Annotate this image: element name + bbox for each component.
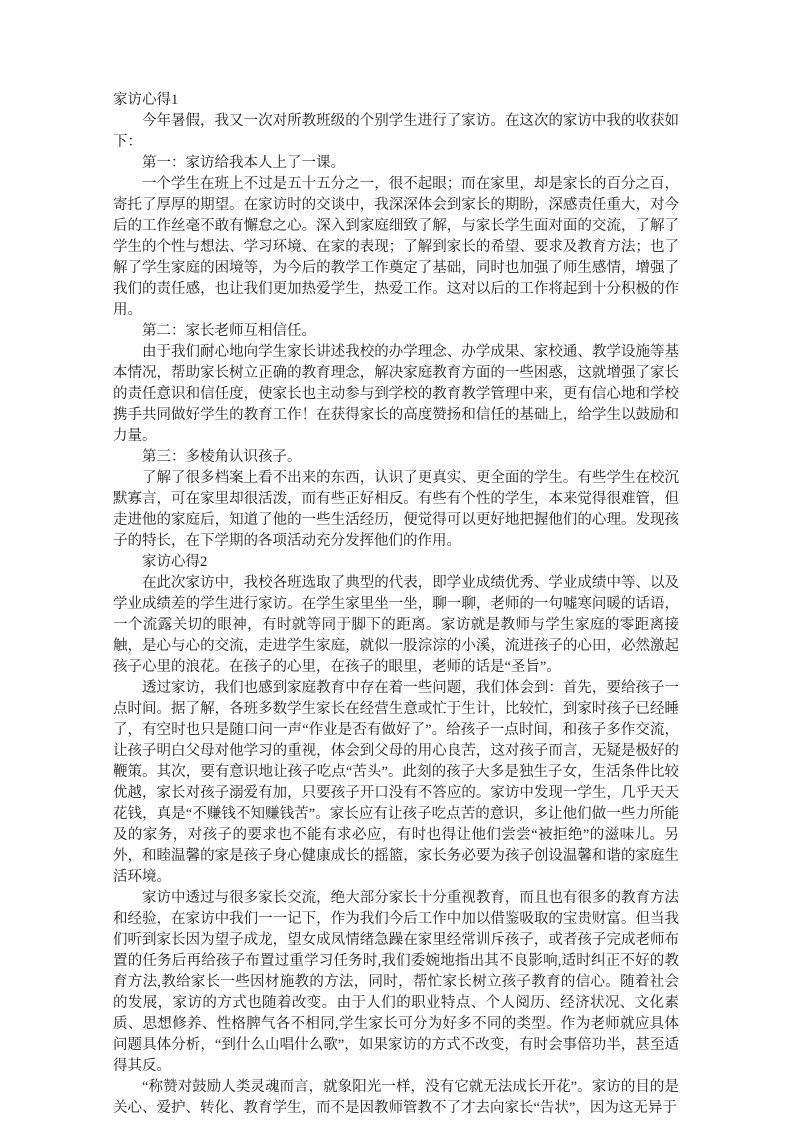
paragraph-point-3-body: 了解了很多档案上看不出来的东西，认识了更真实、更全面的学生。有些学生在校沉默寡言…: [113, 468, 679, 552]
document-content: 家访心得1 今年暑假，我又一次对所教班级的个别学生进行了家访。在这次的家访中我的…: [113, 90, 679, 1119]
paragraph-praise-purpose: “称赞对鼓励人类灵魂而言，就象阳光一样，没有它就无法成长开花”。家访的目的是关心…: [113, 1077, 679, 1119]
document-page: 家访心得1 今年暑假，我又一次对所教班级的个别学生进行了家访。在这次的家访中我的…: [0, 0, 793, 1122]
paragraph-point-2-body: 由于我们耐心地向学生家长讲述我校的办学理念、办学成果、家校通、教学设施等基本情况…: [113, 342, 679, 447]
paragraph-point-2-heading: 第二：家长老师互相信任。: [113, 321, 679, 342]
paragraph-point-1-body: 一个学生在班上不过是五十五分之一，很不起眼；而在家里，却是家长的百分之百，寄托了…: [113, 174, 679, 321]
paragraph-parent-exchange: 家访中透过与很多家长交流，绝大部分家长十分重视教育，而且也有很多的教育方法和经验…: [113, 888, 679, 1077]
section-title-2: 家访心得2: [113, 552, 679, 573]
paragraph-problems-observed: 透过家访，我们也感到家庭教育中存在着一些问题，我们体会到：首先，要给孩子一点时间…: [113, 678, 679, 888]
paragraph-intro: 今年暑假，我又一次对所教班级的个别学生进行了家访。在这次的家访中我的收获如下：: [113, 111, 679, 153]
section-title-1: 家访心得1: [113, 90, 679, 111]
paragraph-point-1-heading: 第一：家访给我本人上了一课。: [113, 153, 679, 174]
paragraph-point-3-heading: 第三：多棱角认识孩子。: [113, 447, 679, 468]
paragraph-visit-description: 在此次家访中，我校各班选取了典型的代表，即学业成绩优秀、学业成绩中等、以及学业成…: [113, 573, 679, 678]
